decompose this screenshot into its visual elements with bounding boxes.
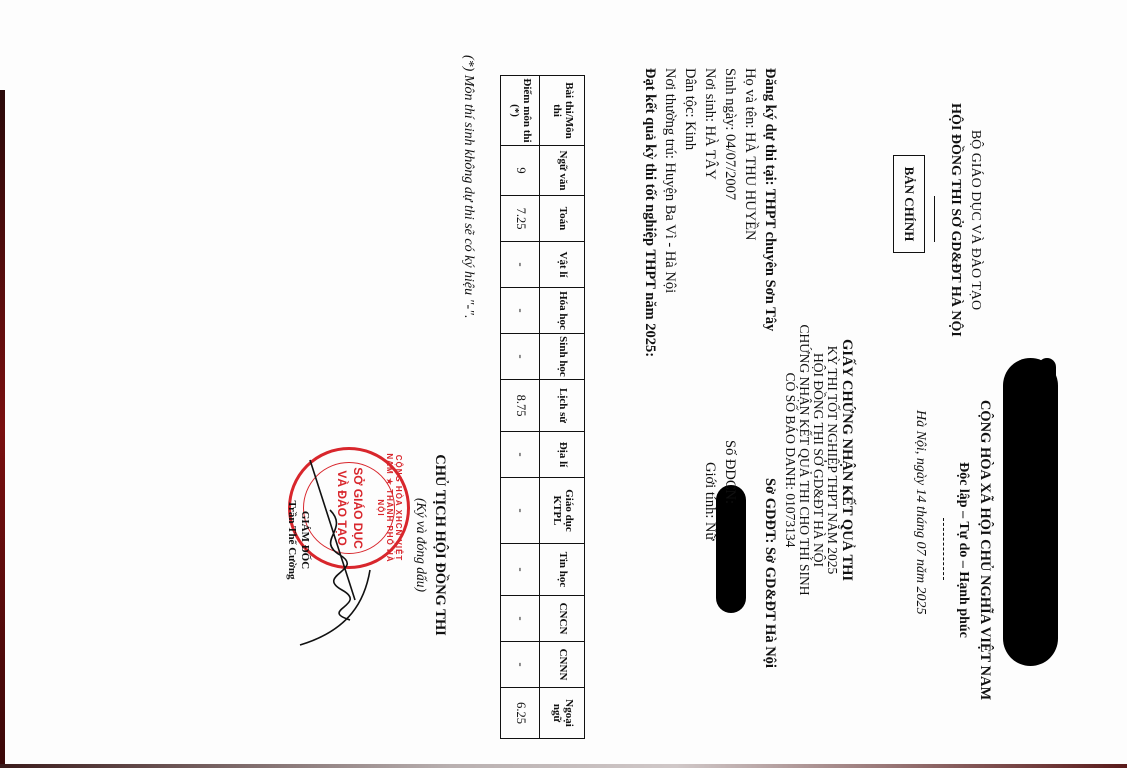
candidate-dob: Sinh ngày: 04/07/2007 xyxy=(723,68,738,200)
subject-header: Lịch sử xyxy=(540,380,585,432)
subject-header: Tin học xyxy=(540,544,585,596)
subjects-row: Bài thi/Môn thi Ngữ vănToánVật líHóa học… xyxy=(540,76,585,739)
national-motto: Độc lập – Tự do – Hạnh phúc xyxy=(956,430,970,670)
subject-score: - xyxy=(501,596,540,642)
certificate-page: BỘ GIÁO DỤC VÀ ĐÀO TẠO HỘI ĐỒNG THI SỞ G… xyxy=(270,0,1010,768)
subject-header: Hóa học xyxy=(540,288,585,334)
subject-header: Sinh học xyxy=(540,334,585,380)
scores-row: Điểm môn thi (*) 97.25---8.75-----6.25 xyxy=(501,76,540,739)
result-heading: Đạt kết quả kỳ thi tốt nghiệp THPT năm 2… xyxy=(643,68,658,357)
nation-name: CỘNG HÒA XÃ HỘI CHỦ NGHĨA VIỆT NAM xyxy=(978,380,993,720)
subject-header: Ngữ văn xyxy=(540,146,585,196)
subject-score: 8.75 xyxy=(501,380,540,432)
redaction-mark-top xyxy=(1003,358,1058,666)
subject-score: 7.25 xyxy=(501,196,540,242)
certifies-line: CHỨNG NHẬN KẾT QUẢ THI CHO THÍ SINH xyxy=(798,230,812,690)
scores-table: Bài thi/Môn thi Ngữ vănToánVật líHóa học… xyxy=(500,75,585,739)
candidate-full-name: Họ và tên: HÀ THU HUYỀN xyxy=(743,68,758,241)
subject-score: - xyxy=(501,642,540,688)
header-left-divider xyxy=(934,196,935,242)
original-copy-badge: BẢN CHÍNH xyxy=(893,155,925,253)
subject-header: Toán xyxy=(540,196,585,242)
candidate-residence: Nơi thường trú: Huyện Ba Vì - Hà Nội xyxy=(663,68,678,293)
subject-score: 6.25 xyxy=(501,688,540,739)
signature-title: CHỦ TỊCH HỘI ĐỒNG THI xyxy=(433,430,448,660)
subject-score: - xyxy=(501,544,540,596)
header-right-divider xyxy=(943,518,944,580)
ministry-name: BỘ GIÁO DỤC VÀ ĐÀO TẠO xyxy=(968,80,982,360)
subject-score: - xyxy=(501,478,540,544)
signer-position: GIÁM ĐỐC xyxy=(299,500,310,580)
candidate-id-number: Số ĐDCN: xyxy=(723,440,738,504)
subject-score: - xyxy=(501,288,540,334)
subject-header: Vật lí xyxy=(540,242,585,288)
row-header-score: Điểm môn thi (*) xyxy=(501,76,540,146)
council-name: HỘI ĐỒNG THI SỞ GD&ĐT HÀ NỘI xyxy=(948,70,962,370)
row-header-subject: Bài thi/Môn thi xyxy=(540,76,585,146)
subject-header: Địa lí xyxy=(540,432,585,478)
certificate-title: GIẤY CHỨNG NHẬN KẾT QUẢ THI xyxy=(840,230,855,690)
council-line: HỘI ĐỒNG THI SỞ GD&ĐT HÀ NỘI xyxy=(812,230,826,690)
subject-header: CNNN xyxy=(540,642,585,688)
subject-score: 9 xyxy=(501,146,540,196)
exam-site: Đăng ký dự thi tại: THPT chuyên Sơn Tây xyxy=(763,68,778,331)
signer-name: Trần Thế Cường xyxy=(286,495,297,585)
subject-score: - xyxy=(501,432,540,478)
department-of-education: Sở GDĐT: Sở GD&ĐT Hà Nội xyxy=(763,478,778,668)
signature-instruction: (Ký và đóng dấu) xyxy=(415,470,429,620)
candidate-ethnicity: Dân tộc: Kinh xyxy=(683,68,698,150)
candidate-birthplace: Nơi sinh: HÀ TÂY xyxy=(703,68,718,180)
subject-header: Giáo dục KTPL xyxy=(540,478,585,544)
issue-date: Hà Nội, ngày 14 tháng 07 năm 2025 xyxy=(913,410,927,615)
redaction-mark-top-tail xyxy=(1038,358,1056,398)
subject-header: CNCN xyxy=(540,596,585,642)
scan-edge-left xyxy=(0,90,5,768)
exam-name: KỲ THI TỐT NGHIỆP THPT NĂM 2025 xyxy=(826,230,840,690)
subject-score: - xyxy=(501,242,540,288)
candidate-number: CÓ SỐ BÁO DANH: 01073134 xyxy=(784,230,798,690)
footnote: (*) Môn thí sinh không dự thi sẽ có ký h… xyxy=(461,55,475,319)
subject-header: Ngoại ngữ xyxy=(540,688,585,739)
candidate-gender: Giới tính: Nữ xyxy=(703,462,718,540)
subject-score: - xyxy=(501,334,540,380)
